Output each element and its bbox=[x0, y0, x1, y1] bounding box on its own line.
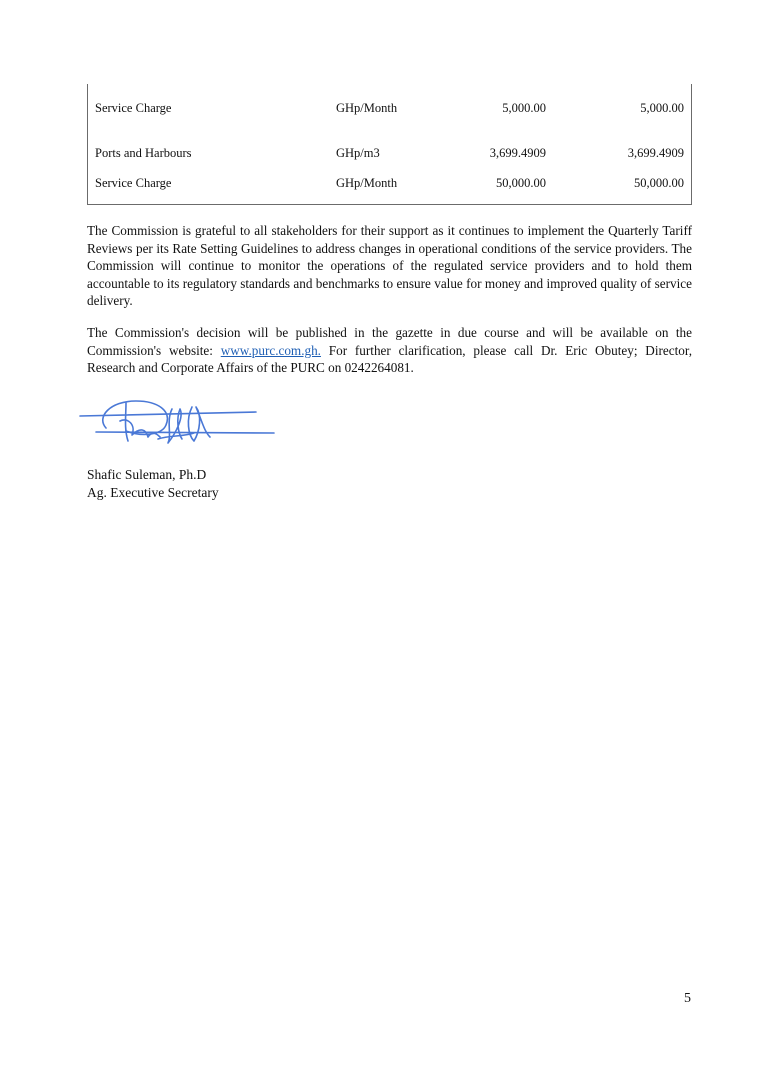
row-name: Service Charge bbox=[95, 174, 171, 192]
signature-icon bbox=[76, 395, 276, 451]
row-name: Ports and Harbours bbox=[95, 144, 192, 162]
closing-paragraph: The Commission is grateful to all stakeh… bbox=[87, 222, 692, 310]
website-link[interactable]: www.purc.com.gh. bbox=[221, 343, 321, 358]
table-row: Service Charge GHp/Month 50,000.00 50,00… bbox=[88, 174, 691, 192]
row-name: Service Charge bbox=[95, 99, 171, 117]
tariff-table: Service Charge GHp/Month 5,000.00 5,000.… bbox=[87, 84, 692, 205]
row-unit: GHp/m3 bbox=[336, 144, 380, 162]
row-value-1: 5,000.00 bbox=[502, 99, 546, 117]
row-unit: GHp/Month bbox=[336, 99, 397, 117]
row-unit: GHp/Month bbox=[336, 174, 397, 192]
signatory-title: Ag. Executive Secretary bbox=[87, 484, 219, 502]
row-value-2: 3,699.4909 bbox=[628, 144, 684, 162]
row-value-2: 5,000.00 bbox=[640, 99, 684, 117]
table-row: Service Charge GHp/Month 5,000.00 5,000.… bbox=[88, 99, 691, 117]
page-number: 5 bbox=[684, 990, 691, 1008]
table-row: Ports and Harbours GHp/m3 3,699.4909 3,6… bbox=[88, 144, 691, 162]
row-value-2: 50,000.00 bbox=[634, 174, 684, 192]
row-value-1: 3,699.4909 bbox=[490, 144, 546, 162]
signatory-name: Shafic Suleman, Ph.D bbox=[87, 466, 206, 484]
row-value-1: 50,000.00 bbox=[496, 174, 546, 192]
publication-paragraph: The Commission's decision will be publis… bbox=[87, 324, 692, 377]
